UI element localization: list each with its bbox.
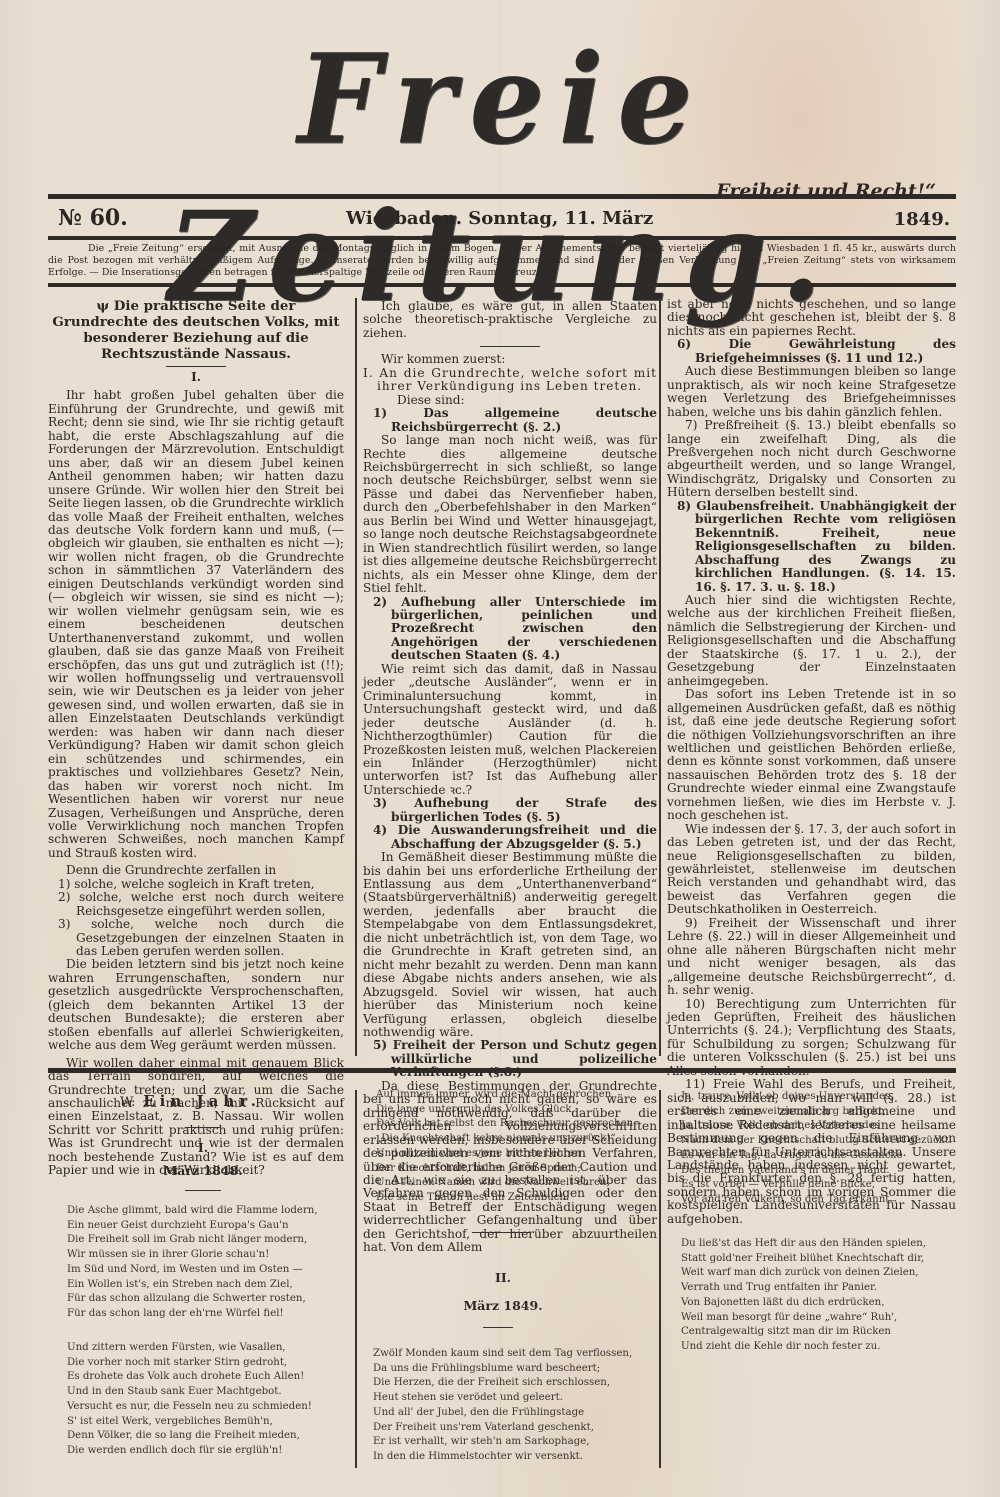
poem-title: W.Ein Jahr. bbox=[120, 1092, 261, 1110]
article-headline: ψ Die praktische Seite der Grundrechte d… bbox=[48, 298, 344, 362]
list-item: 1) Das allgemeine deutsche Reichsbürgerr… bbox=[363, 407, 657, 434]
poem-line: Die vorher noch mit starker Stirn gedroh… bbox=[67, 1356, 312, 1371]
paragraph: Wir wollen daher einmal mit genauem Blic… bbox=[48, 1057, 344, 1178]
poem-line: Verrath und Trug entfalten ihr Panier. bbox=[681, 1281, 926, 1296]
poem-part-numeral: I. bbox=[148, 1140, 258, 1155]
poem-line: Denn Völker, die so lang die Freiheit mi… bbox=[67, 1429, 312, 1444]
poem-line: Das Volk hat selbst den Racheschwur gesp… bbox=[376, 1117, 637, 1132]
paragraph: Wir kommen zuerst: bbox=[363, 353, 657, 366]
list-item: 2) Aufhebung aller Unterschiede im bürge… bbox=[363, 596, 657, 663]
poem-line: Und all' der Jubel, den die Frühlingstag… bbox=[373, 1406, 632, 1421]
divider bbox=[185, 1190, 221, 1191]
divider bbox=[166, 366, 226, 367]
poem-title-text: Ein Jahr. bbox=[143, 1092, 261, 1110]
column-divider bbox=[355, 1090, 357, 1468]
poem-line: Die werden endlich doch für sie erglüh'n… bbox=[67, 1444, 312, 1459]
poem-line: Es ist vorbei — Verhülle deine Blicke, bbox=[681, 1178, 952, 1193]
poem-line: Und zieht die Kehle dir noch fester zu. bbox=[681, 1340, 926, 1355]
list-item: 6) Die Gewährleistung des Briefgeheimnis… bbox=[667, 338, 956, 365]
poem-line: Weil man besorgt für deine „wahre“ Ruh', bbox=[681, 1311, 926, 1326]
poem-line: Der dich zum zweitenmale arg berückt, bbox=[681, 1105, 952, 1120]
paragraph: Wie reimt sich das damit, daß in Nassau … bbox=[363, 663, 657, 798]
poem-line: Ein Wollen ist's, ein Streben nach dem Z… bbox=[67, 1278, 318, 1293]
subscription-notice: Die „Freie Zeitung“ erscheint, mit Ausna… bbox=[48, 243, 956, 279]
list-item: 8) Glaubensfreiheit. Unabhängigkeit der … bbox=[667, 500, 956, 594]
paragraph: 10) Berechtigung zum Unterrichten für je… bbox=[667, 998, 956, 1079]
poem-line: Ja, traure, Volk! ob deines Unverstandes… bbox=[681, 1090, 952, 1105]
poem-author: W. bbox=[120, 1095, 135, 1110]
dateline: № 60. Wiesbaden. Sonntag, 11. März 1849. bbox=[48, 205, 956, 231]
poem-line: Ja, traure, Volk! ob deines Vaterlandes bbox=[681, 1119, 952, 1134]
paragraph: ist aber noch nichts geschehen, und so l… bbox=[667, 298, 956, 338]
poem-part-heading: März 1849. bbox=[448, 1298, 558, 1313]
poem-line: Wir müssen sie in ihrer Glorie schau'n! bbox=[67, 1248, 318, 1263]
stanza-2: Und zittern werden Fürsten, wie Vasallen… bbox=[67, 1341, 312, 1459]
paragraph: Auch hier sind die wichtigsten Rechte, w… bbox=[667, 594, 956, 688]
issue-year: 1849. bbox=[894, 209, 950, 230]
poem-line: Centralgewaltig sitzt man dir im Rücken bbox=[681, 1325, 926, 1340]
paragraph: Wie indessen der §. 17. 3, der auch sofo… bbox=[667, 823, 956, 917]
article-part: I. bbox=[48, 371, 344, 384]
poem-line: Heut stehen sie verödet und geleert. bbox=[373, 1391, 632, 1406]
poem-line: Und nützen wird es jene bittren Lehren bbox=[376, 1147, 637, 1162]
paragraph: Auch diese Bestimmungen bleiben so lange… bbox=[667, 365, 956, 419]
poem-line: Da uns die Frühlingsblume ward bescheert… bbox=[373, 1362, 632, 1377]
newspaper-page: Freie Zeitung. „Freiheit und Recht!“ № 6… bbox=[48, 0, 956, 1497]
poem-line: Nach dem der Knechtschaft blutig Schwert… bbox=[681, 1134, 952, 1149]
poem-line: Und seinen Namen wird die Nachwelt ehren… bbox=[376, 1176, 637, 1191]
poem-line: Und zittern werden Fürsten, wie Vasallen… bbox=[67, 1341, 312, 1356]
poem-line: Es war ein Tag, da trugst du die Geschic… bbox=[681, 1149, 952, 1164]
poem-line: Des theuren Vaterland's in deiner Hand. bbox=[681, 1164, 952, 1179]
poem-line: Und in den Staub sank Euer Machtgebot. bbox=[67, 1385, 312, 1400]
poem-line: Weit warf man dich zurück von deinen Zie… bbox=[681, 1266, 926, 1281]
poem-line: Die Asche glimmt, bald wird die Flamme l… bbox=[67, 1204, 318, 1219]
paragraph: 9) Freiheit der Wissenschaft und ihrer L… bbox=[667, 917, 956, 998]
rule bbox=[48, 1068, 956, 1073]
poem-line: Für das schon lang der eh'rne Würfel fie… bbox=[67, 1307, 318, 1322]
article-column-3: ist aber noch nichts geschehen, und so l… bbox=[667, 298, 956, 1226]
poem-line: „Die Knechtschaft kehre niemals uns zurü… bbox=[376, 1132, 637, 1147]
list-item: 3) solche, welche noch durch die Gesetzg… bbox=[48, 918, 344, 958]
paragraph: So lange man noch nicht weiß, was für Re… bbox=[363, 434, 657, 595]
poem-line: Versucht es nur, die Fesseln neu zu schm… bbox=[67, 1400, 312, 1415]
paragraph: Die beiden letztern sind bis jetzt noch … bbox=[48, 958, 344, 1052]
article-column-1: ψ Die praktische Seite der Grundrechte d… bbox=[48, 298, 344, 1178]
stanza-6: Du ließ'st das Heft dir aus den Händen s… bbox=[681, 1237, 926, 1355]
poem-line: Im Süd und Nord, im Westen und im Osten … bbox=[67, 1263, 318, 1278]
poem-line: S' ist eitel Werk, vergebliches Bemüh'n, bbox=[67, 1415, 312, 1430]
list-item: 4) Die Auswanderungsfreiheit und die Abs… bbox=[363, 824, 657, 851]
poem-line: Vor and'ren Völkern, so den Tag erkannt. bbox=[681, 1193, 952, 1208]
poem-line: Es drohete das Volk auch drohete Euch Al… bbox=[67, 1370, 312, 1385]
rule bbox=[48, 194, 956, 199]
poem-line: Die lange untergrub des Volkes Glück, bbox=[376, 1103, 637, 1118]
poem-line: Statt gold'ner Freiheit blühet Knechtsch… bbox=[681, 1252, 926, 1267]
poem-line: Ein neuer Geist durchzieht Europa's Gau'… bbox=[67, 1219, 318, 1234]
poem-part-numeral: II. bbox=[448, 1270, 558, 1285]
paragraph: Diese sind: bbox=[363, 394, 657, 407]
paragraph: Ich glaube, es wäre gut, in allen Staate… bbox=[363, 300, 657, 340]
issue-number: № 60. bbox=[58, 205, 128, 231]
list-item: 5) Freiheit der Person und Schutz gegen … bbox=[363, 1039, 657, 1079]
divider bbox=[480, 346, 540, 347]
poem-line: Die Freiheit soll im Grab nicht länger m… bbox=[67, 1233, 318, 1248]
paragraph: Denn die Grundrechte zerfallen in bbox=[48, 864, 344, 877]
rule bbox=[48, 283, 956, 287]
column-divider bbox=[659, 1090, 661, 1468]
stanza-3: Auf immer, immer, wird die Macht gebroch… bbox=[376, 1088, 637, 1206]
stanza-5: Ja, traure, Volk! ob deines Unverstandes… bbox=[681, 1090, 952, 1208]
stanza-4: Zwölf Monden kaum sind seit dem Tag verf… bbox=[373, 1347, 632, 1465]
column-divider bbox=[659, 298, 661, 1056]
poem-line: Der Knechtschaft, halten jenen Spruch; bbox=[376, 1162, 637, 1177]
list-item: 3) Aufhebung der Strafe des bürgerlichen… bbox=[363, 797, 657, 824]
place-date: Wiesbaden. Sonntag, 11. März bbox=[346, 208, 653, 229]
poem-line: Für das schon allzulang die Schwerter ro… bbox=[67, 1292, 318, 1307]
paragraph: Das sofort ins Leben Tretende ist in so … bbox=[667, 688, 956, 823]
newspaper-title: Freie Zeitung. bbox=[48, 21, 956, 336]
poem-line: Auf immer, immer, wird die Macht gebroch… bbox=[376, 1088, 637, 1103]
list-item: 2) solche, welche erst noch durch weiter… bbox=[48, 891, 344, 918]
poem-line: Der Freiheit uns'rem Vaterland geschenkt… bbox=[373, 1421, 632, 1436]
column-divider bbox=[355, 298, 357, 1056]
poem-line: Die seine Thaten liest im Zeitenbuch. bbox=[376, 1191, 637, 1206]
list-item: 1) solche, welche sogleich in Kraft tret… bbox=[48, 878, 344, 891]
poem-line: Du ließ'st das Heft dir aus den Händen s… bbox=[681, 1237, 926, 1252]
poem-line: In den die Himmelstochter wir versenkt. bbox=[373, 1450, 632, 1465]
section-heading: I. An die Grundrechte, welche sofort mit… bbox=[363, 367, 657, 394]
poem-part-heading: März 1848. bbox=[148, 1163, 258, 1178]
poem-line: Er ist verhallt, wir steh'n am Sarkophag… bbox=[373, 1435, 632, 1450]
poem-line: Von Bajonetten läßt du dich erdrücken, bbox=[681, 1296, 926, 1311]
paragraph: 7) Preßfreiheit (§. 13.) bleibt ebenfall… bbox=[667, 419, 956, 500]
poem-line: Die Herzen, die der Freiheit sich erschl… bbox=[373, 1376, 632, 1391]
divider bbox=[472, 1232, 530, 1233]
poem-line: Zwölf Monden kaum sind seit dem Tag verf… bbox=[373, 1347, 632, 1362]
divider bbox=[185, 1127, 221, 1128]
rule bbox=[48, 236, 956, 240]
stanza-1: Die Asche glimmt, bald wird die Flamme l… bbox=[67, 1204, 318, 1322]
paragraph: Ihr habt großen Jubel gehalten über die … bbox=[48, 389, 344, 860]
paragraph: In Gemäßheit dieser Bestimmung müßte die… bbox=[363, 851, 657, 1039]
divider bbox=[483, 1327, 513, 1328]
